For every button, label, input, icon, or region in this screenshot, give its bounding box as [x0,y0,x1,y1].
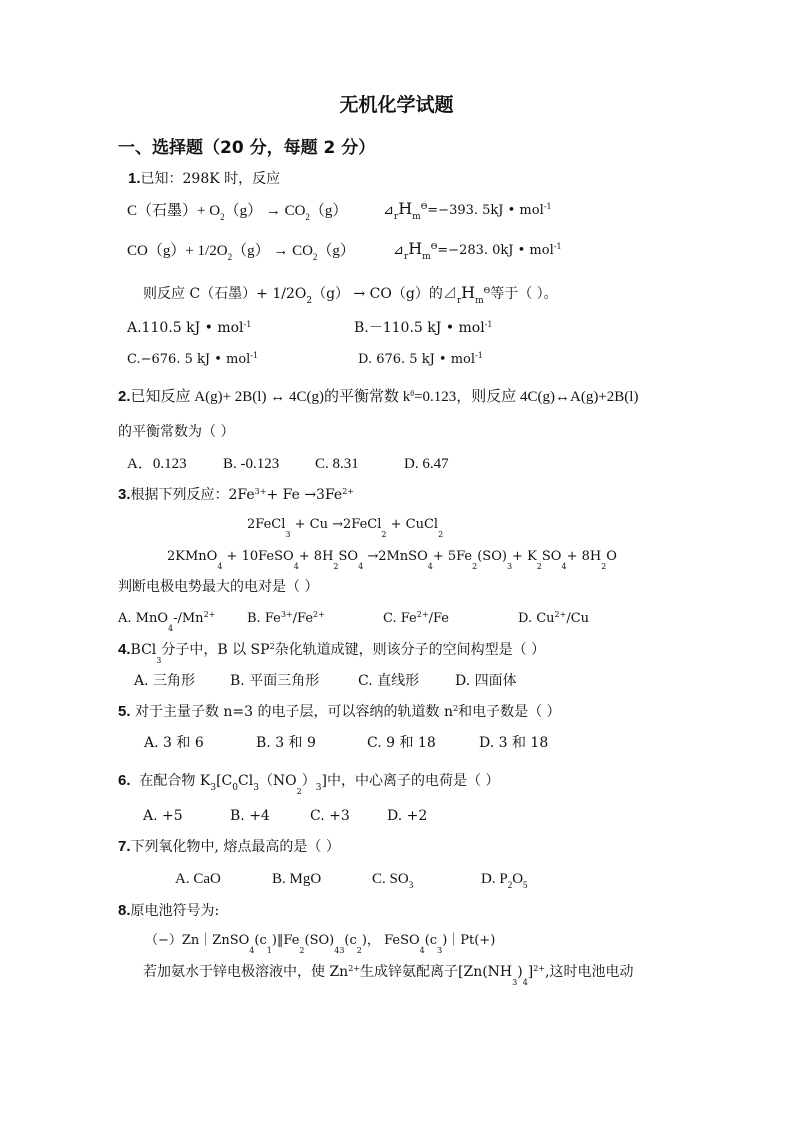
question-7-option-c: C. SO3 [372,870,413,888]
question-1-option-b: B.－110.5 kJ • mol-1 [354,319,493,337]
question-5-option-a: A. 3 和 6 [144,734,204,752]
question-2-option-c: C. 8.31 [315,455,359,473]
question-1-stem: 1.已知：298K 时，反应 [128,170,280,188]
question-5-option-b: B. 3 和 9 [256,734,316,752]
question-7-stem: 7.下列氧化物中, 熔点最高的是（ ） [118,838,340,856]
question-3-option-b: B. Fe3+/Fe2+ [247,610,325,628]
question-6-option-b: B. +4 [230,807,270,825]
question-6-option-a: A. +5 [143,807,183,825]
question-8-cell-notation: （−）Zn｜ZnSO4(c1)‖Fe2(SO)43(c2)， FeSO4(c3)… [145,932,495,951]
question-4-option-a: A. 三角形 [134,672,195,690]
question-6-stem: 6. 在配合物 K3[C0Cl3（NO2）3]中，中心离子的电荷是（ ） [118,772,499,792]
question-1-equation-2: CO（g）+ 1/2O2（g） → CO2（g） [127,242,355,260]
document-title: 无机化学试题 [0,90,793,117]
question-4-option-c: C. 直线形 [358,672,419,690]
question-6-option-c: C. +3 [310,807,350,825]
question-7-option-a: A. CaO [175,870,221,888]
question-5-option-c: C. 9 和 18 [367,734,436,752]
question-2-stem-line2: 的平衡常数为（ ） [118,423,234,441]
question-2-option-a: A．0.123 [127,455,187,473]
question-4-stem: 4.BCl3分子中，B 以 SP2杂化轨道成键，则该分子的空间构型是（ ） [118,641,545,661]
question-1-enthalpy-1: ⊿rHmΘ=−393. 5kJ • mol-1 [383,200,552,220]
question-3-option-a: A. MnO4-/Mn2+ [118,610,215,629]
question-3-option-d: D. Cu2+/Cu [518,610,589,628]
question-7-option-b: B. MgO [272,870,321,888]
question-3-ask: 判断电极电势最大的电对是（ ） [118,578,318,596]
section-heading: 一、选择题（20 分，每题 2 分） [118,133,375,158]
question-1-option-c: C.−676. 5 kJ • mol-1 [127,351,258,369]
question-2-stem: 2.已知反应 A(g)+ 2B(l) ↔ 4C(g)的平衡常数 kθ=0.123… [118,388,638,406]
question-5-stem: 5. 对于主量子数 n=3 的电子层，可以容纳的轨道数 n2和电子数是（ ） [118,703,561,721]
question-2-option-d: D. 6.47 [404,455,449,473]
question-1-option-a: A.110.5 kJ • mol-1 [127,319,251,337]
question-4-option-b: B. 平面三角形 [230,672,319,690]
question-8-stem: 8.原电池符号为: [118,902,219,920]
question-7-option-d: D. P2O5 [481,870,528,888]
question-6-option-d: D. +2 [387,807,427,825]
question-8-text: 若加氨水于锌电极溶液中，使 Zn2+生成锌氨配离子[Zn(NH3)4]2+,这时… [143,963,634,983]
question-number: 1. [128,170,141,187]
question-5-option-d: D. 3 和 18 [479,734,548,752]
question-2-option-b: B. -0.123 [223,455,279,473]
question-3-option-c: C. Fe2+/Fe [383,610,449,628]
question-4-option-d: D. 四面体 [455,672,517,690]
question-1-option-d: D. 676. 5 kJ • mol-1 [358,351,483,369]
question-1-enthalpy-2: ⊿rHmΘ=−283. 0kJ • mol-1 [393,240,562,260]
question-1-ask: 则反应 C（石墨）+ 1/2O2（g） → CO（g）的⊿rHmΘ等于（ ）。 [143,284,558,303]
question-3-reaction-3: 2KMnO4 + 10FeSO4+ 8H2SO4 →2MnSO4+ 5Fe2(S… [167,548,617,567]
question-3-reaction-2: 2FeCl3 + Cu →2FeCl2 + CuCl2 [247,516,443,535]
question-1-equation-1: C（石墨）+ O2（g） → CO2（g） [127,202,347,220]
question-3-stem: 3.根据下列反应：2Fe3++ Fe →3Fe2+ [118,486,354,504]
